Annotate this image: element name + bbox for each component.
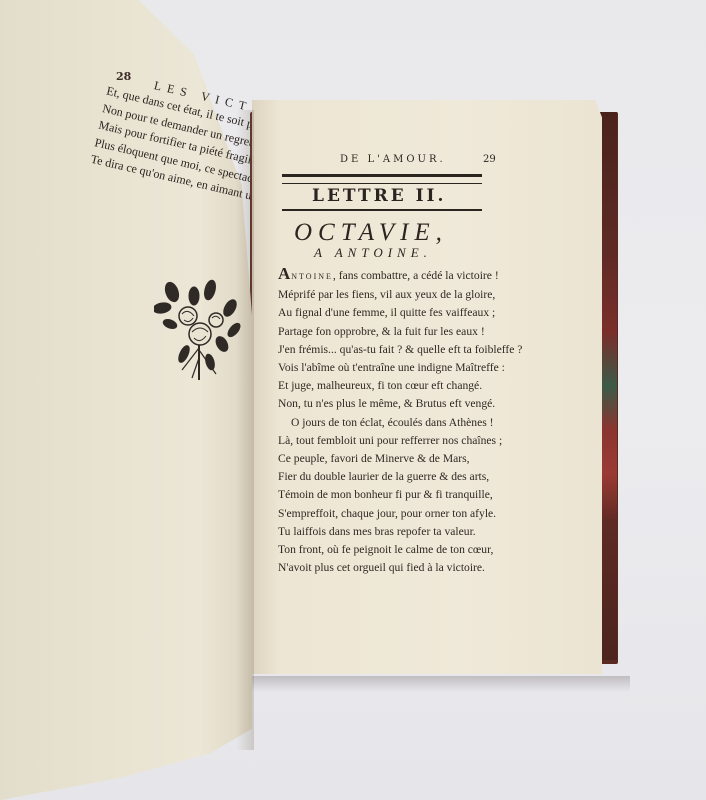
verse-line: Là, tout fembloit uni pour refferrer nos…: [278, 432, 583, 450]
verse-line: O jours de ton éclat, écoulés dans Athèn…: [278, 414, 583, 432]
verse-line: Tu laiffois dans mes bras repofer ta val…: [278, 523, 583, 541]
verse-line: Fier du double laurier de la guerre & de…: [278, 468, 583, 486]
single-rule: [282, 209, 482, 211]
verse-line: Ton front, où fe peignoit le calme de to…: [278, 541, 583, 559]
verse-line: Non, tu n'es plus le même, & Brutus eft …: [278, 395, 583, 413]
running-head-title: DE L'AMOUR.: [340, 154, 446, 165]
book-shadow: [250, 676, 630, 692]
left-page-text-area: 28 LES VICTIMES Et, que dans cet état, i…: [0, 0, 250, 800]
running-head-right: DE L'AMOUR. 29: [278, 152, 583, 170]
dropcap-word: ANTOINE: [278, 269, 333, 282]
verse-line: Ce peuple, favori de Minerve & de Mars,: [278, 450, 583, 468]
verse-line: Partage fon opprobre, & la fuit fur les …: [278, 323, 583, 341]
verse-stanza-2: O jours de ton éclat, écoulés dans Athèn…: [278, 414, 583, 578]
verse-line: Témoin de mon bonheur fi pur & fi tranqu…: [278, 486, 583, 504]
book-photo: DE L'AMOUR. 29 LETTRE II. OCTAVIE, A ANT…: [0, 0, 706, 800]
floral-ornament-icon: [154, 278, 244, 384]
verse-line: N'avoit plus cet orgueil qui fied à la v…: [278, 559, 583, 577]
letter-sender: OCTAVIE,: [294, 219, 583, 247]
letter-title: LETTRE II.: [312, 186, 583, 206]
verse-line: Vois l'abîme où t'entraîne une indigne M…: [278, 359, 583, 377]
letter-recipient: A ANTOINE.: [314, 245, 583, 261]
left-page-text: LES VICTIMES Et, que dans cet état, il t…: [89, 68, 250, 213]
verse-line: Méprifé par les fiens, vil aux yeux de l…: [278, 286, 583, 304]
verse-line: Et juge, malheureux, fi ton cœur eft cha…: [278, 377, 583, 395]
verse-stanza-1: ANTOINE, fans combattre, a cédé la victo…: [278, 265, 583, 414]
verse-line: J'en frémis... qu'as-tu fait ? & quelle …: [278, 341, 583, 359]
right-page: DE L'AMOUR. 29 LETTRE II. OCTAVIE, A ANT…: [252, 100, 602, 674]
double-rule: [282, 174, 482, 184]
verse-line: ANTOINE, fans combattre, a cédé la victo…: [278, 265, 583, 286]
verse-line: Au fignal d'une femme, il quitte fes vai…: [278, 304, 583, 322]
verse-line: S'empreffoit, chaque jour, pour orner to…: [278, 505, 583, 523]
page-number-right: 29: [483, 154, 496, 165]
